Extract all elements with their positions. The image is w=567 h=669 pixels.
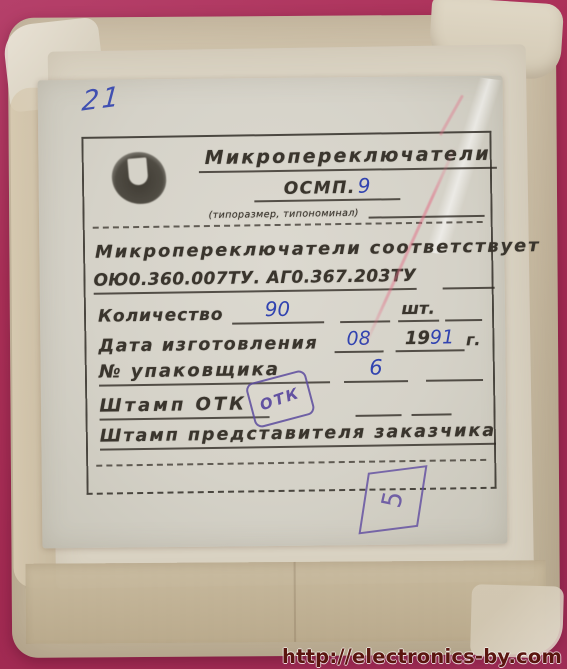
rule-segment (369, 215, 485, 219)
model-prefix: ОСМП. (284, 178, 356, 199)
rule-segment (442, 287, 494, 290)
representative-row: Штамп представителя заказчика (100, 415, 486, 451)
cardboard-band-bottom (26, 560, 547, 644)
quantity-label: Количество (98, 305, 224, 327)
label-frame: Микропереключатели ОСМП. 9 (типоразмер, … (81, 131, 496, 495)
conformity-row: Микропереключатели соответствует (95, 227, 491, 263)
type-size-note: (типоразмер, типономинал) (208, 208, 358, 221)
model-field: ОСМП. 9 (254, 173, 401, 202)
quantity-unit: шт. (397, 299, 439, 323)
rhombus-stamp-number: 5 (376, 489, 410, 511)
dashed-rule (96, 459, 486, 467)
date-suffix: г. (464, 330, 483, 351)
date-year-field: 19 91 (395, 326, 464, 352)
quantity-value: 90 (231, 296, 323, 324)
model-row: ОСМП. 9 (212, 170, 442, 203)
watermark-url: http://electronics-by.com (282, 645, 562, 668)
rhombus-stamp: 5 (358, 465, 427, 534)
date-year-handwritten: 91 (430, 326, 455, 348)
type-note-row: (типоразмер, типономинал) (208, 199, 484, 221)
handwritten-number: 21 (81, 81, 123, 118)
photo-of-box: 21 Микропереключатели ОСМП. 9 (типоразме… (0, 0, 567, 669)
tu-row: ОЮ0.360.007ТУ. АГ0.367.203ТУ (93, 259, 483, 295)
model-number-handwritten: 9 (358, 174, 371, 198)
tu-numbers: ОЮ0.360.007ТУ. АГ0.367.203ТУ (93, 266, 416, 295)
date-year-printed: 19 (405, 328, 430, 349)
otk-row: Штамп ОТК ОТК (99, 381, 483, 421)
factory-logo-stamp (110, 150, 168, 206)
otk-stamp-label: Штамп ОТК (99, 393, 269, 421)
packing-label: 21 Микропереключатели ОСМП. 9 (типоразме… (38, 76, 508, 549)
representative-stamp-label: Штамп представителя заказчика (100, 421, 497, 451)
packer-value: 6 (344, 355, 408, 383)
date-month-value: 08 (334, 327, 383, 353)
otk-stamp-text: ОТК (258, 384, 303, 414)
